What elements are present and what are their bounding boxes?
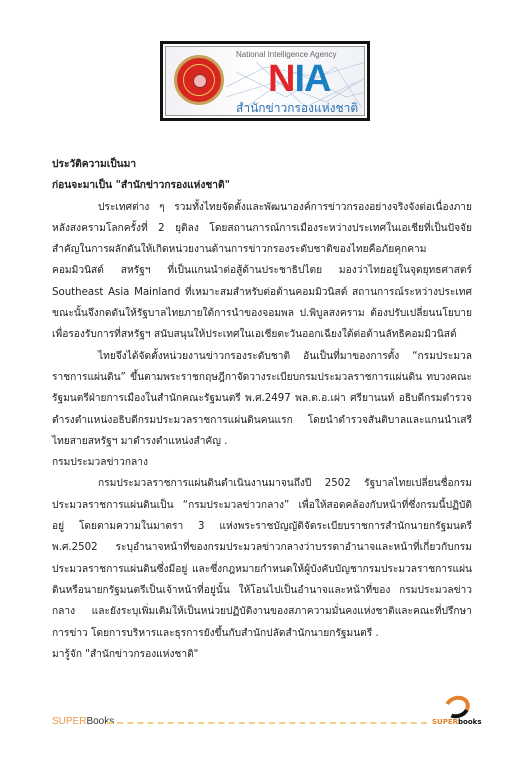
page-footer: SUPERBooks: [52, 716, 482, 730]
paragraph-1: ประเทศต่าง ๆ รวมทั้งไทยจัดตั้งและพัฒนาอง…: [52, 197, 472, 346]
closing-line: มารู้จัก "สำนักข่าวกรองแห่งชาติ": [52, 644, 472, 665]
logo-thai-name: สำนักข่าวกรองแห่งชาติ: [236, 99, 358, 116]
logo-background: National Intelligence Agency NIA สำนักข่…: [165, 46, 365, 116]
logo-letters-ia: IA: [294, 58, 330, 100]
logo-text-super: SUPER: [432, 718, 458, 726]
section-heading-history: ประวัติความเป็นมา: [52, 154, 472, 175]
footer-brand: SUPERBooks: [52, 716, 114, 727]
logo-letter-n: N: [268, 58, 294, 100]
paragraph-3: กรมประมวลราชการแผ่นดินดำเนินงานมาจนถึงปี…: [52, 473, 472, 643]
superbooks-logo: SUPERbooks: [432, 696, 492, 730]
footer-brand-super: SUPER: [52, 716, 86, 727]
section-heading-central-intelligence: กรมประมวลข่าวกลาง: [52, 452, 472, 473]
logo-acronym: NIA: [268, 59, 330, 99]
seal-center: [193, 74, 207, 88]
nia-logo: National Intelligence Agency NIA สำนักข่…: [160, 41, 370, 121]
superbooks-logo-text: SUPERbooks: [432, 718, 481, 726]
paragraph-2: ไทยจึงได้จัดตั้งหน่วยงานข่าวกรองระดับชาต…: [52, 346, 472, 452]
document-body: ประวัติความเป็นมา ก่อนจะมาเป็น "สำนักข่า…: [52, 154, 472, 665]
seal-emblem-icon: [174, 55, 224, 105]
section-heading-before-nia: ก่อนจะมาเป็น "สำนักข่าวกรองแห่งชาติ": [52, 175, 472, 196]
logo-text-books: books: [458, 718, 481, 726]
footer-dashed-rule: [107, 722, 427, 724]
